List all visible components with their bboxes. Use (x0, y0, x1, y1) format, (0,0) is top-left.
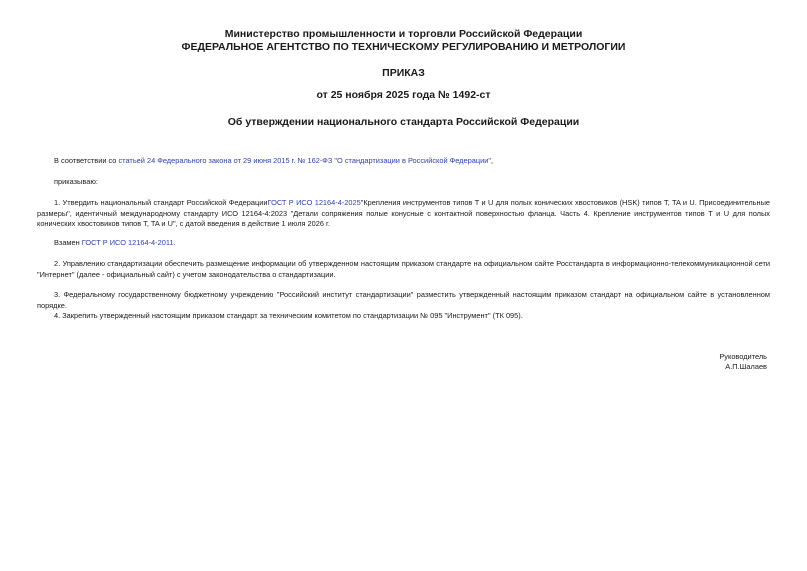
gost-2011-link[interactable]: ГОСТ Р ИСО 12164-4-2011 (82, 238, 174, 247)
intro-paragraph: В соответствии со статьей 24 Федеральног… (37, 156, 770, 167)
item-1-paragraph: 1. Утвердить национальный стандарт Росси… (37, 198, 770, 230)
gost-2025-link[interactable]: ГОСТ Р ИСО 12164-4-2025 (267, 198, 360, 207)
replacement-prefix: Взамен (54, 238, 82, 247)
item-1-prefix: 1. Утвердить национальный стандарт Росси… (54, 198, 267, 207)
intro-prefix: В соответствии со (54, 156, 118, 165)
intro-suffix: , (491, 156, 493, 165)
document-title: Об утверждении национального стандарта Р… (0, 116, 807, 128)
signatory-name: А.П.Шалаев (725, 362, 767, 373)
federal-law-link[interactable]: статьей 24 Федерального закона от 29 июн… (118, 156, 490, 165)
replacement-suffix: . (174, 238, 176, 247)
document-type: ПРИКАЗ (0, 67, 807, 79)
item-3-paragraph: 3. Федеральному государственному бюджетн… (37, 290, 770, 311)
agency-name: ФЕДЕРАЛЬНОЕ АГЕНТСТВО ПО ТЕХНИЧЕСКОМУ РЕ… (0, 41, 807, 53)
order-word: приказываю: (37, 177, 770, 188)
item-2-paragraph: 2. Управлению стандартизации обеспечить … (37, 259, 770, 280)
signatory-position: Руководитель (719, 352, 767, 363)
item-4-paragraph: 4. Закрепить утвержденный настоящим прик… (37, 311, 770, 322)
replacement-paragraph: Взамен ГОСТ Р ИСО 12164-4-2011. (37, 238, 770, 249)
ministry-name: Министерство промышленности и торговли Р… (0, 28, 807, 40)
document-date-number: от 25 ноября 2025 года № 1492-ст (0, 89, 807, 101)
